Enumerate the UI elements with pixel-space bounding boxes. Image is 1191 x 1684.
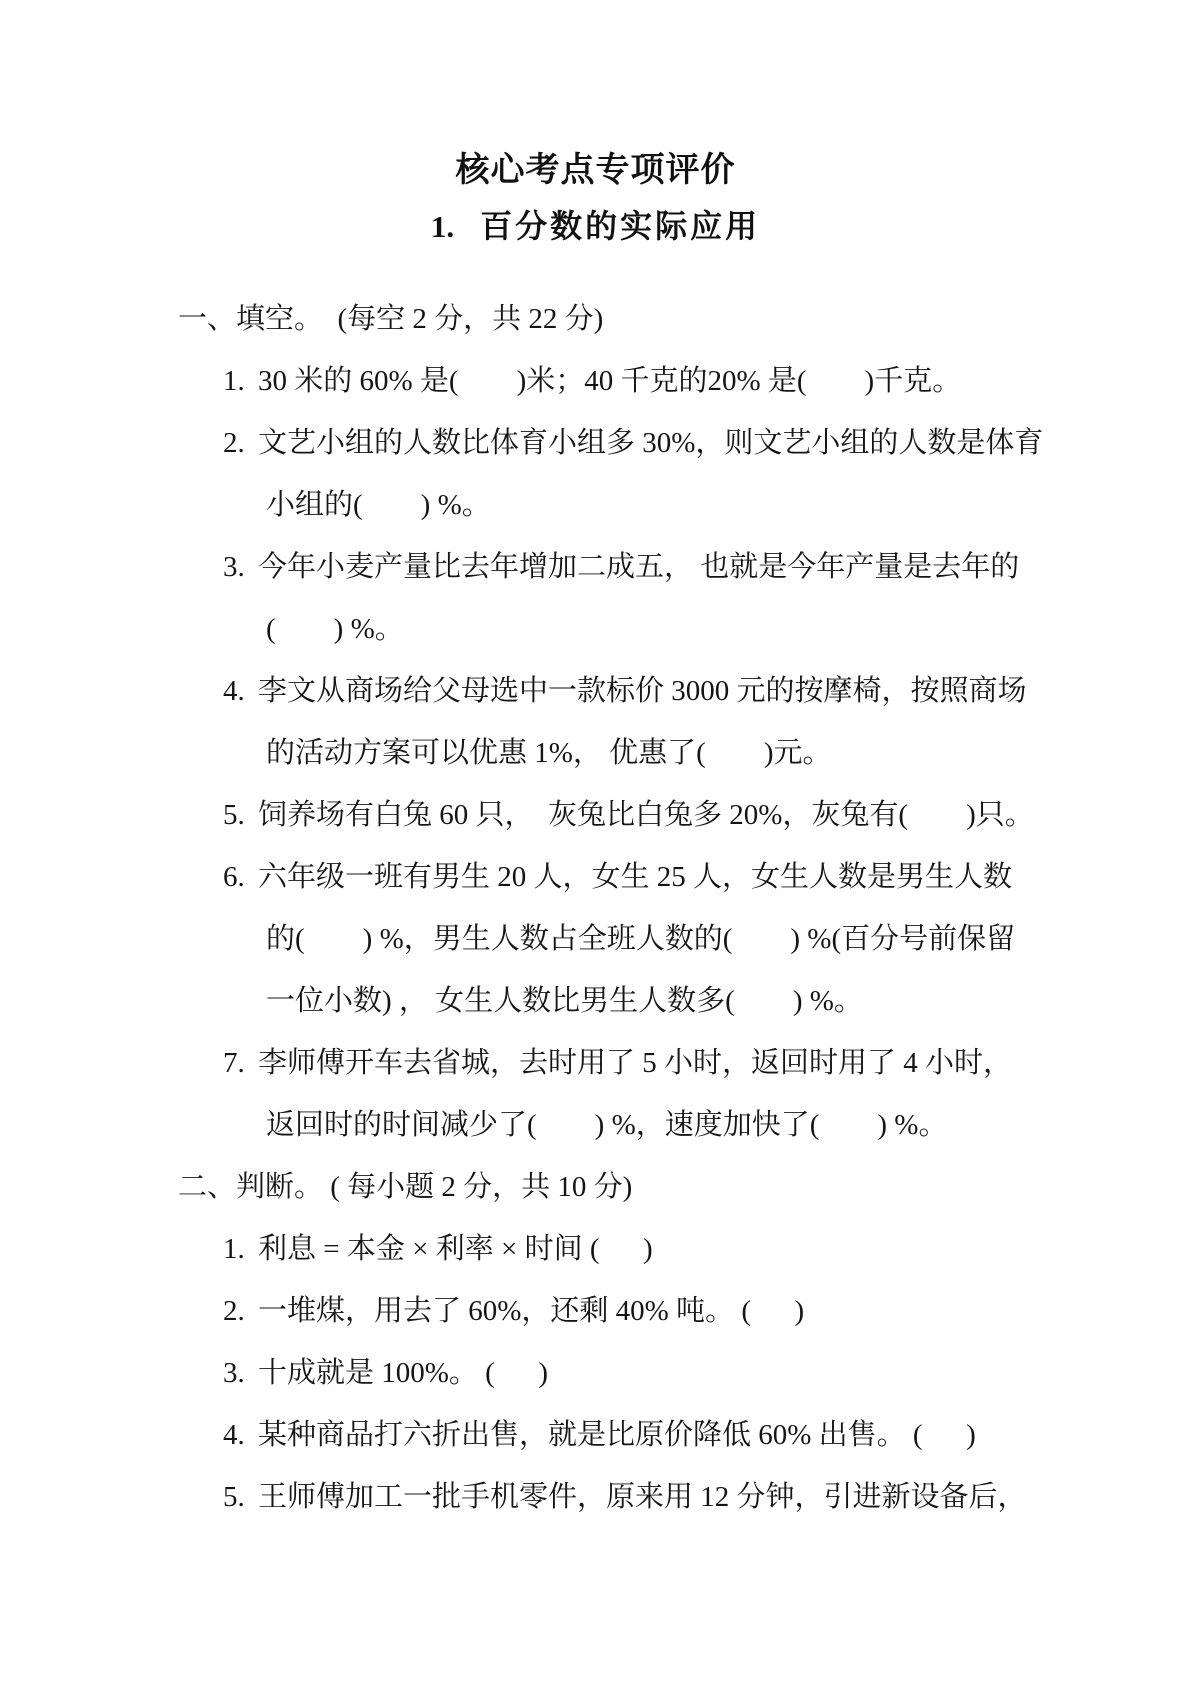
fill-q1-line-1: 1.30 米的 60% 是( )米；40 千克的20% 是( )千克。 (178, 350, 1078, 412)
fill-q7-line-2: 返回时的时间减少了( ) %，速度加快了( ) %。 (178, 1094, 1078, 1156)
fill-q3-text: 今年小麦产量比去年增加二成五， 也就是今年产量是去年的 (258, 551, 1019, 583)
fill-q4-text: 李文从商场给父母选中一款标价 3000 元的按摩椅，按照商场 (258, 675, 1027, 707)
fill-q3-number: 3. (223, 536, 258, 598)
section-1-heading: 一、填空。 (每空 2 分，共 22 分) (178, 288, 1078, 350)
fill-q6-line-1: 6.六年级一班有男生 20 人，女生 25 人，女生人数是男生人数 (178, 846, 1078, 908)
judge-q4-line: 4.某种商品打六折出售，就是比原价降低 60% 出售。 ( ) (178, 1404, 1078, 1466)
judge-q5-number: 5. (223, 1466, 258, 1528)
judge-q4-number: 4. (223, 1404, 258, 1466)
page-title: 核心考点专项评价 (0, 148, 1191, 192)
fill-q3-line-1: 3.今年小麦产量比去年增加二成五， 也就是今年产量是去年的 (178, 536, 1078, 598)
fill-q6-line-3: 一位小数) ， 女生人数比男生人数多( ) %。 (178, 970, 1078, 1032)
fill-q6-number: 6. (223, 846, 258, 908)
fill-q2-line-1: 2.文艺小组的人数比体育小组多 30%，则文艺小组的人数是体育 (178, 412, 1078, 474)
section-2-heading: 二、判断。 ( 每小题 2 分，共 10 分) (178, 1156, 1078, 1218)
subtitle-text: 百分数的实际应用 (480, 208, 760, 244)
judge-q2-number: 2. (223, 1280, 258, 1342)
judge-q3-line: 3.十成就是 100%。 ( ) (178, 1342, 1078, 1404)
judge-q3-number: 3. (223, 1342, 258, 1404)
fill-q7-text: 李师傅开车去省城，去时用了 5 小时，返回时用了 4 小时， (258, 1047, 1012, 1079)
fill-q1-number: 1. (223, 350, 258, 412)
judge-q1-number: 1. (223, 1218, 258, 1280)
judge-q2-text: 一堆煤，用去了 60%，还剩 40% 吨。 ( ) (258, 1295, 804, 1327)
fill-q4-number: 4. (223, 660, 258, 722)
fill-q4-line-2: 的活动方案可以优惠 1%， 优惠了( )元。 (178, 722, 1078, 784)
subtitle-number: 1. (431, 209, 454, 244)
worksheet-body: 一、填空。 (每空 2 分，共 22 分) 1.30 米的 60% 是( )米；… (178, 288, 1078, 1528)
judge-q5-text: 王师傅加工一批手机零件，原来用 12 分钟，引进新设备后， (258, 1481, 1027, 1513)
judge-q2-line: 2.一堆煤，用去了 60%，还剩 40% 吨。 ( ) (178, 1280, 1078, 1342)
fill-q3-line-2: ( ) %。 (178, 598, 1078, 660)
judge-q3-text: 十成就是 100%。 ( ) (258, 1357, 548, 1389)
fill-q1-text: 30 米的 60% 是( )米；40 千克的20% 是( )千克。 (258, 365, 961, 397)
fill-q6-text: 六年级一班有男生 20 人，女生 25 人，女生人数是男生人数 (258, 861, 1012, 893)
judge-q1-line: 1.利息 = 本金 × 利率 × 时间 ( ) (178, 1218, 1078, 1280)
fill-q7-number: 7. (223, 1032, 258, 1094)
judge-q4-text: 某种商品打六折出售，就是比原价降低 60% 出售。 ( ) (258, 1419, 976, 1451)
fill-q5-line-1: 5.饲养场有白兔 60 只， 灰兔比白兔多 20%，灰兔有( )只。 (178, 784, 1078, 846)
fill-q5-text: 饲养场有白兔 60 只， 灰兔比白兔多 20%，灰兔有( )只。 (258, 799, 1034, 831)
fill-q5-number: 5. (223, 784, 258, 846)
judge-q1-text: 利息 = 本金 × 利率 × 时间 ( ) (258, 1233, 653, 1265)
fill-q7-line-1: 7.李师傅开车去省城，去时用了 5 小时，返回时用了 4 小时， (178, 1032, 1078, 1094)
fill-q6-line-2: 的( ) %，男生人数占全班人数的( ) %(百分号前保留 (178, 908, 1078, 970)
judge-q5-line: 5.王师傅加工一批手机零件，原来用 12 分钟，引进新设备后， (178, 1466, 1078, 1528)
page-subtitle: 1.百分数的实际应用 (0, 204, 1191, 255)
fill-q4-line-1: 4.李文从商场给父母选中一款标价 3000 元的按摩椅，按照商场 (178, 660, 1078, 722)
fill-q2-number: 2. (223, 412, 258, 474)
fill-q2-line-2: 小组的( ) %。 (178, 474, 1078, 536)
worksheet-page: 核心考点专项评价 1.百分数的实际应用 一、填空。 (每空 2 分，共 22 分… (0, 0, 1191, 1684)
fill-q2-text: 文艺小组的人数比体育小组多 30%，则文艺小组的人数是体育 (258, 427, 1043, 459)
